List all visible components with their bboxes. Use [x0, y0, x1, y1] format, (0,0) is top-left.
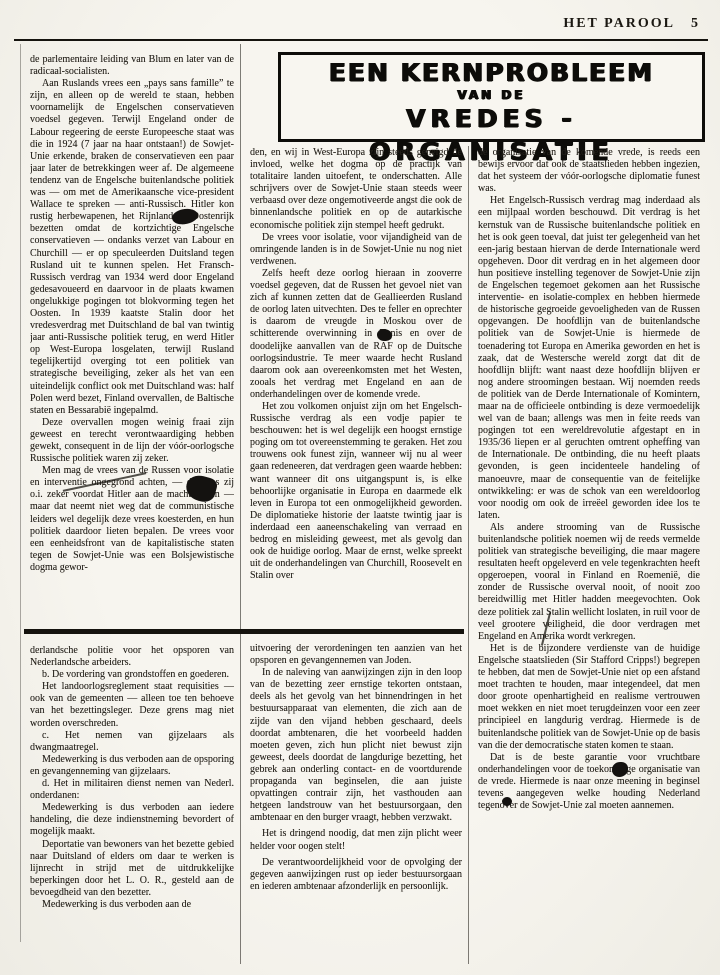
paragraph: De vrees voor isolatie, voor vijandighei… — [250, 232, 462, 268]
newspaper-page: HET PAROOL 5 EEN KERNPROBLEEM VAN DE VRE… — [0, 0, 720, 975]
column-1-bottom: derlandsche politie voor het opsporen va… — [30, 645, 234, 943]
column-1-top: de parlementaire leiding van Blum en lat… — [30, 54, 234, 624]
header-rule — [14, 39, 708, 41]
column-2-bottom: uitvoering der verordeningen ten aanzien… — [250, 643, 462, 958]
headline-line-2: VAN DE — [281, 88, 702, 102]
paragraph: c. Het nemen van gijzelaars als dwangmaa… — [30, 730, 234, 754]
paragraph: de organisatie van de komende vrede, is … — [478, 147, 700, 195]
column-2-top: den, en wij in West-Europa zijn steeds g… — [250, 147, 462, 621]
page-header: HET PAROOL 5 — [563, 16, 700, 32]
paragraph: Deportatie van bewoners van het bezette … — [30, 839, 234, 899]
ink-blot — [377, 329, 392, 341]
paragraph: Het is de bijzondere verdienste van de h… — [478, 643, 700, 752]
paragraph: Aan Ruslands vrees een „pays sans famill… — [30, 78, 234, 417]
paragraph: d. Het in militairen dienst nemen van Ne… — [30, 778, 234, 802]
column-3: de organisatie van de komende vrede, is … — [478, 147, 700, 947]
ink-blot — [502, 797, 512, 806]
left-page-rule — [20, 44, 21, 942]
column-rule-2 — [468, 146, 469, 964]
masthead-title: HET PAROOL — [563, 16, 675, 32]
paragraph: derlandsche politie voor het opsporen va… — [30, 645, 234, 669]
paragraph: Medewerking is dus verboden aan iedere h… — [30, 802, 234, 838]
section-divider-bar — [24, 629, 464, 634]
paragraph: Het is dringend noodig, dat men zijn pli… — [250, 828, 462, 852]
paragraph: de parlementaire leiding van Blum en lat… — [30, 54, 234, 78]
paragraph: Het Engelsch-Russisch verdrag mag inderd… — [478, 195, 700, 522]
paragraph: De verantwoordelijkheid voor de opvolgin… — [250, 857, 462, 893]
paragraph: uitvoering der verordeningen ten aanzien… — [250, 643, 462, 667]
paragraph: Het zou volkomen onjuist zijn om het Eng… — [250, 401, 462, 582]
paragraph: In de naleving van aanwijzingen zijn in … — [250, 667, 462, 824]
paragraph: den, en wij in West-Europa zijn steeds g… — [250, 147, 462, 232]
paragraph: Het landoorlogsreglement staat requisiti… — [30, 681, 234, 729]
paragraph: Als andere strooming van de Russische bu… — [478, 522, 700, 643]
paragraph: b. De vordering van grondstoffen en goed… — [30, 669, 234, 681]
paragraph: Zelfs heeft deze oorlog hieraan in zoove… — [250, 268, 462, 401]
page-number: 5 — [691, 16, 700, 32]
paragraph: Medewerking is dus verboden aan de opspo… — [30, 754, 234, 778]
headline-box: EEN KERNPROBLEEM VAN DE VREDES - ORGANIS… — [278, 52, 705, 142]
column-rule-1 — [240, 44, 241, 964]
headline-line-1: EEN KERNPROBLEEM — [281, 57, 702, 88]
paragraph: Deze overvallen mogen weinig fraai zijn … — [30, 417, 234, 465]
paragraph: Medewerking is dus verboden aan de — [30, 899, 234, 911]
